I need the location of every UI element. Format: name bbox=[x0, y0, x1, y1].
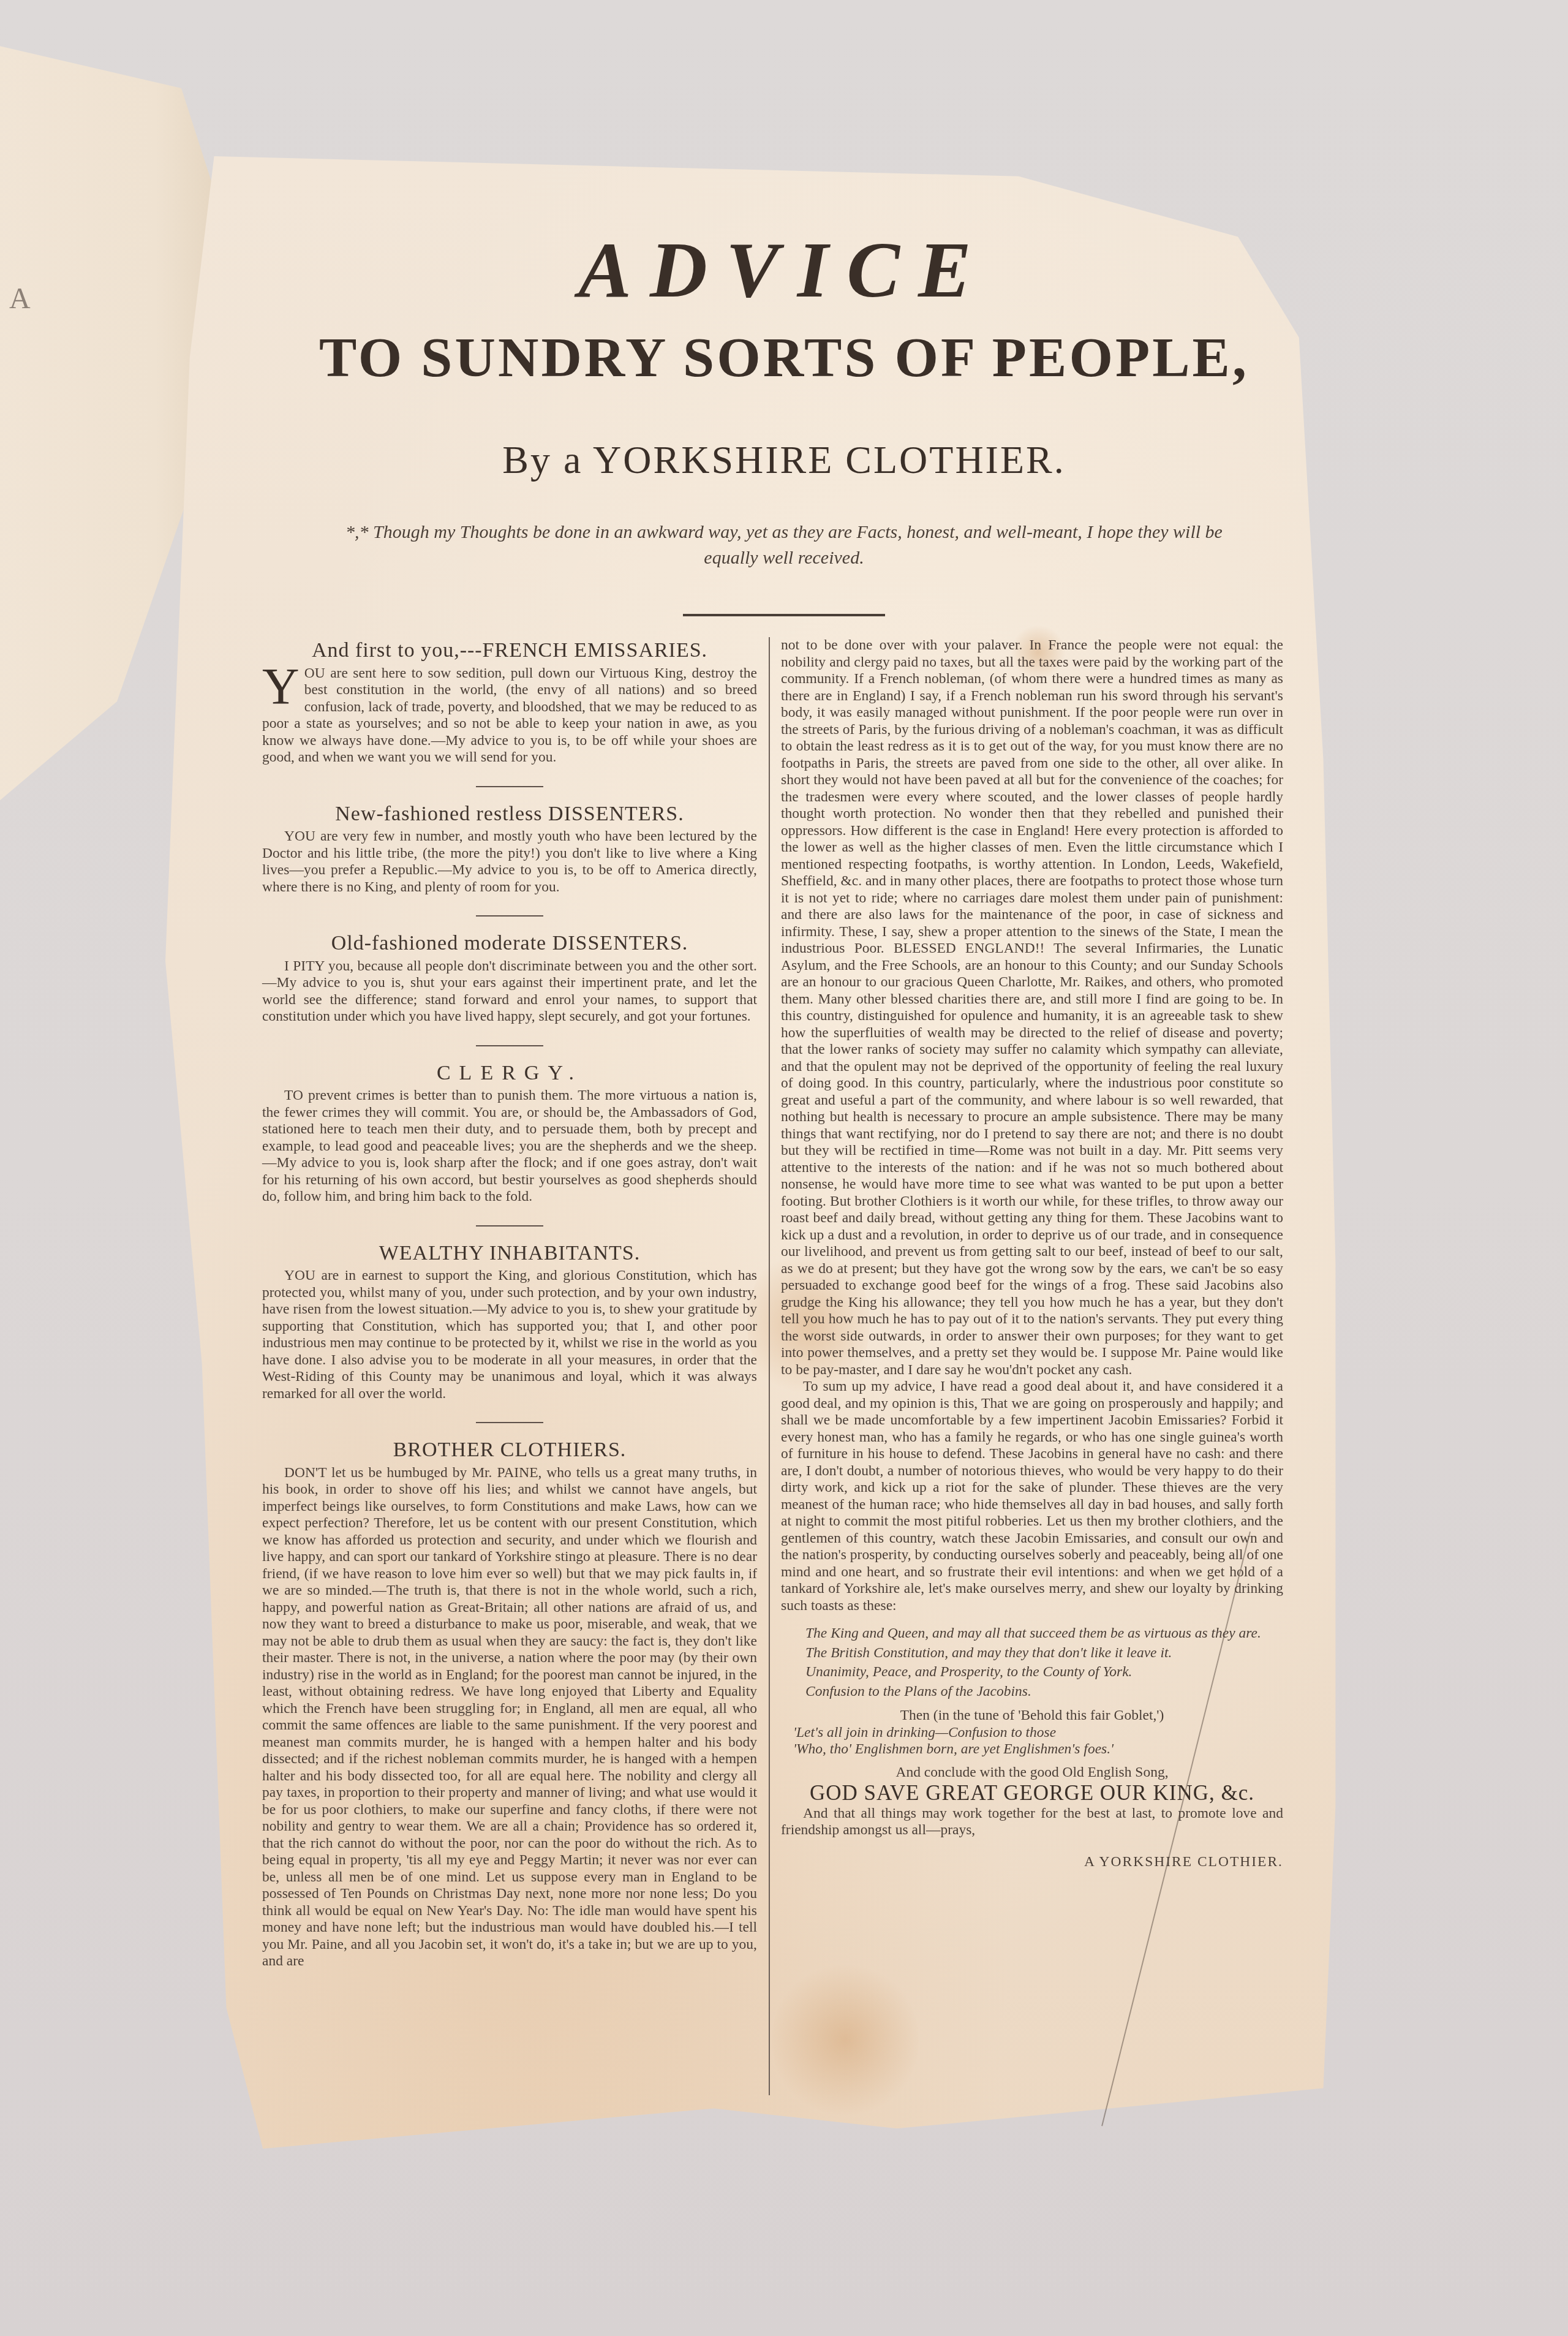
section-rule bbox=[476, 1422, 543, 1423]
section-rule bbox=[476, 1225, 543, 1227]
document-header: ADVICE TO SUNDRY SORTS OF PEOPLE, By a Y… bbox=[233, 227, 1335, 616]
conclude-line: And conclude with the good Old English S… bbox=[781, 1764, 1283, 1782]
section-rule bbox=[476, 1045, 543, 1046]
anthem-heading: GOD SAVE GREAT GEORGE OUR KING, &c. bbox=[781, 1785, 1283, 1802]
title-advice: ADVICE bbox=[233, 227, 1335, 314]
left-column: And first to you,---FRENCH EMISSARIES. Y… bbox=[262, 637, 757, 1970]
stain-patch bbox=[772, 1960, 919, 2120]
right-column: not to be done over with your palaver. I… bbox=[781, 637, 1283, 1870]
header-rule bbox=[683, 614, 885, 616]
section-heading: WEALTHY INHABITANTS. bbox=[262, 1245, 757, 1262]
section-old-dissenters: Old-fashioned moderate DISSENTERS. I PIT… bbox=[262, 935, 757, 1026]
section-body: YOU are sent here to sow sedition, pull … bbox=[262, 665, 757, 766]
toast-item: The British Constitution, and may they t… bbox=[805, 1645, 1283, 1662]
section-body: YOU are in earnest to support the King, … bbox=[262, 1268, 757, 1402]
section-body: YOU are very few in number, and mostly y… bbox=[262, 828, 757, 896]
section-heading: BROTHER CLOTHIERS. bbox=[262, 1442, 757, 1459]
epigraph: *,* Though my Thoughts be done in an awk… bbox=[331, 520, 1237, 571]
verse-line: 'Let's all join in drinking—Confusion to… bbox=[793, 1725, 1283, 1742]
section-brother-clothiers: BROTHER CLOTHIERS. DON'T let us be humbu… bbox=[262, 1442, 757, 1970]
tune-line: Then (in the tune of 'Behold this fair G… bbox=[781, 1707, 1283, 1725]
section-rule bbox=[476, 915, 543, 917]
verse-line: 'Who, tho' Englishmen born, are yet Engl… bbox=[793, 1741, 1283, 1758]
section-wealthy-inhabitants: WEALTHY INHABITANTS. YOU are in earnest … bbox=[262, 1245, 757, 1403]
drop-cap: Y bbox=[262, 668, 300, 707]
column-divider bbox=[769, 637, 770, 2095]
signature: A YORKSHIRE CLOTHIER. bbox=[781, 1854, 1283, 1871]
section-body: DON'T let us be humbuged by Mr. PAINE, w… bbox=[262, 1465, 757, 1970]
section-heading: Old-fashioned moderate DISSENTERS. bbox=[262, 935, 757, 952]
toast-item: The King and Queen, and may all that suc… bbox=[805, 1625, 1283, 1642]
section-body: I PITY you, because all people don't dis… bbox=[262, 958, 757, 1026]
section-rule bbox=[476, 786, 543, 787]
page-signature-mark: A bbox=[9, 282, 31, 316]
toast-item: Unanimity, Peace, and Prosperity, to the… bbox=[805, 1664, 1283, 1681]
section-clergy: CLERGY. TO prevent crimes is better than… bbox=[262, 1065, 757, 1206]
section-heading: New-fashioned restless DISSENTERS. bbox=[262, 806, 757, 823]
section-french-emissaries: And first to you,---FRENCH EMISSARIES. Y… bbox=[262, 642, 757, 766]
section-heading: And first to you,---FRENCH EMISSARIES. bbox=[262, 642, 757, 659]
byline: By a YORKSHIRE CLOTHIER. bbox=[233, 437, 1335, 483]
title-main: TO SUNDRY SORTS OF PEOPLE, bbox=[233, 327, 1335, 388]
section-body: TO prevent crimes is better than to puni… bbox=[262, 1087, 757, 1206]
section-heading: CLERGY. bbox=[262, 1065, 757, 1082]
closing-paragraph: And that all things may work together fo… bbox=[781, 1805, 1283, 1839]
summary-paragraph: To sum up my advice, I have read a good … bbox=[781, 1378, 1283, 1614]
continued-paragraph: not to be done over with your palaver. I… bbox=[781, 637, 1283, 1378]
section-new-dissenters: New-fashioned restless DISSENTERS. YOU a… bbox=[262, 806, 757, 896]
